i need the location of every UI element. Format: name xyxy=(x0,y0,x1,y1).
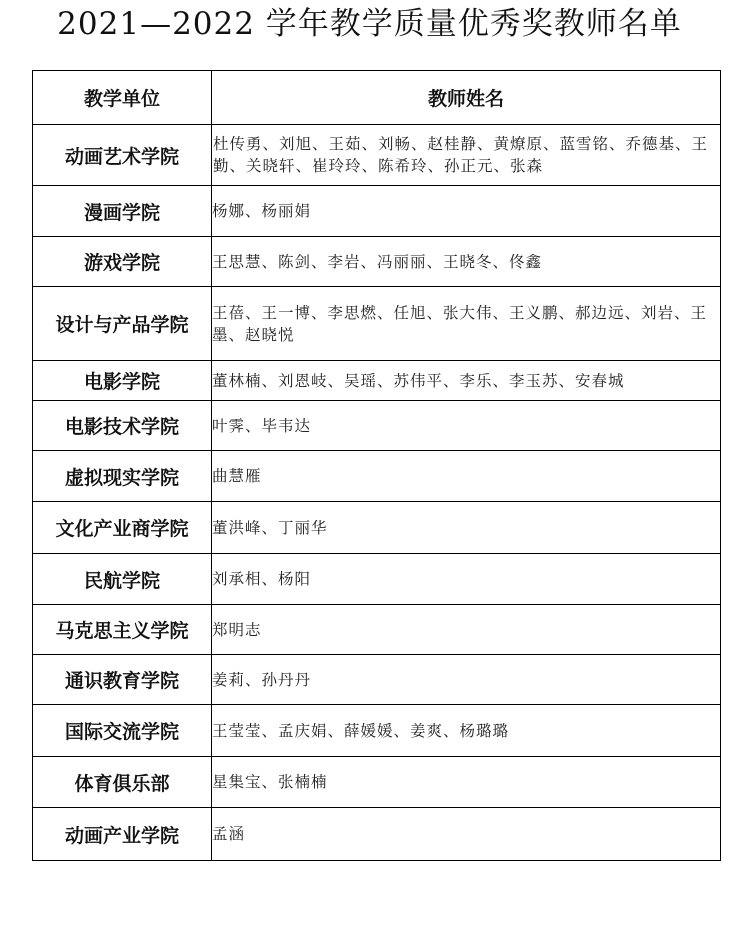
unit-cell: 民航学院 xyxy=(33,554,212,605)
table-row: 虚拟现实学院 曲慧雁 xyxy=(33,451,721,502)
unit-cell: 体育俱乐部 xyxy=(33,757,212,808)
table-row: 漫画学院 杨娜、杨丽娟 xyxy=(33,186,721,237)
unit-cell: 电影技术学院 xyxy=(33,401,212,451)
names-cell: 姜莉、孙丹丹 xyxy=(212,655,721,705)
unit-cell: 动画艺术学院 xyxy=(33,125,212,186)
names-cell: 王思慧、陈剑、李岩、冯丽丽、王晓冬、佟鑫 xyxy=(212,237,721,287)
names-cell: 刘承相、杨阳 xyxy=(212,554,721,605)
unit-cell: 电影学院 xyxy=(33,361,212,401)
table-row: 文化产业商学院 董洪峰、丁丽华 xyxy=(33,502,721,554)
unit-cell: 马克思主义学院 xyxy=(33,605,212,655)
table-row: 游戏学院 王思慧、陈剑、李岩、冯丽丽、王晓冬、佟鑫 xyxy=(33,237,721,287)
names-cell: 王莹莹、孟庆娟、薛媛媛、姜爽、杨璐璐 xyxy=(212,705,721,757)
unit-cell: 动画产业学院 xyxy=(33,808,212,861)
table-row: 电影技术学院 叶霁、毕韦达 xyxy=(33,401,721,451)
names-cell: 杜传勇、刘旭、王茹、刘畅、赵桂静、黄燎原、蓝雪铭、乔德基、王勤、关晓轩、崔玲玲、… xyxy=(212,125,721,186)
unit-cell: 国际交流学院 xyxy=(33,705,212,757)
names-cell: 董洪峰、丁丽华 xyxy=(212,502,721,554)
table-row: 国际交流学院 王莹莹、孟庆娟、薛媛媛、姜爽、杨璐璐 xyxy=(33,705,721,757)
names-cell: 叶霁、毕韦达 xyxy=(212,401,721,451)
header-teacher-names: 教师姓名 xyxy=(212,71,721,125)
table-row: 电影学院 董林楠、刘恩岐、吴瑶、苏伟平、李乐、李玉苏、安春城 xyxy=(33,361,721,401)
names-cell: 王蓓、王一博、李思燃、任旭、张大伟、王义鹏、郝边远、刘岩、王墨、赵晓悦 xyxy=(212,287,721,361)
unit-cell: 文化产业商学院 xyxy=(33,502,212,554)
page-title: 2021—2022 学年教学质量优秀奖教师名单 xyxy=(0,4,739,44)
table-row: 设计与产品学院 王蓓、王一博、李思燃、任旭、张大伟、王义鹏、郝边远、刘岩、王墨、… xyxy=(33,287,721,361)
names-cell: 孟涵 xyxy=(212,808,721,861)
unit-cell: 漫画学院 xyxy=(33,186,212,237)
unit-cell: 设计与产品学院 xyxy=(33,287,212,361)
table-row: 动画艺术学院 杜传勇、刘旭、王茹、刘畅、赵桂静、黄燎原、蓝雪铭、乔德基、王勤、关… xyxy=(33,125,721,186)
names-cell: 曲慧雁 xyxy=(212,451,721,502)
table-row: 马克思主义学院 郑明志 xyxy=(33,605,721,655)
table-row: 动画产业学院 孟涵 xyxy=(33,808,721,861)
table-header-row: 教学单位 教师姓名 xyxy=(33,71,721,125)
award-teacher-table: 教学单位 教师姓名 动画艺术学院 杜传勇、刘旭、王茹、刘畅、赵桂静、黄燎原、蓝雪… xyxy=(32,70,721,861)
names-cell: 杨娜、杨丽娟 xyxy=(212,186,721,237)
table-row: 民航学院 刘承相、杨阳 xyxy=(33,554,721,605)
table-row: 通识教育学院 姜莉、孙丹丹 xyxy=(33,655,721,705)
names-cell: 星集宝、张楠楠 xyxy=(212,757,721,808)
names-cell: 董林楠、刘恩岐、吴瑶、苏伟平、李乐、李玉苏、安春城 xyxy=(212,361,721,401)
names-cell: 郑明志 xyxy=(212,605,721,655)
unit-cell: 通识教育学院 xyxy=(33,655,212,705)
unit-cell: 虚拟现实学院 xyxy=(33,451,212,502)
table-row: 体育俱乐部 星集宝、张楠楠 xyxy=(33,757,721,808)
header-unit: 教学单位 xyxy=(33,71,212,125)
unit-cell: 游戏学院 xyxy=(33,237,212,287)
